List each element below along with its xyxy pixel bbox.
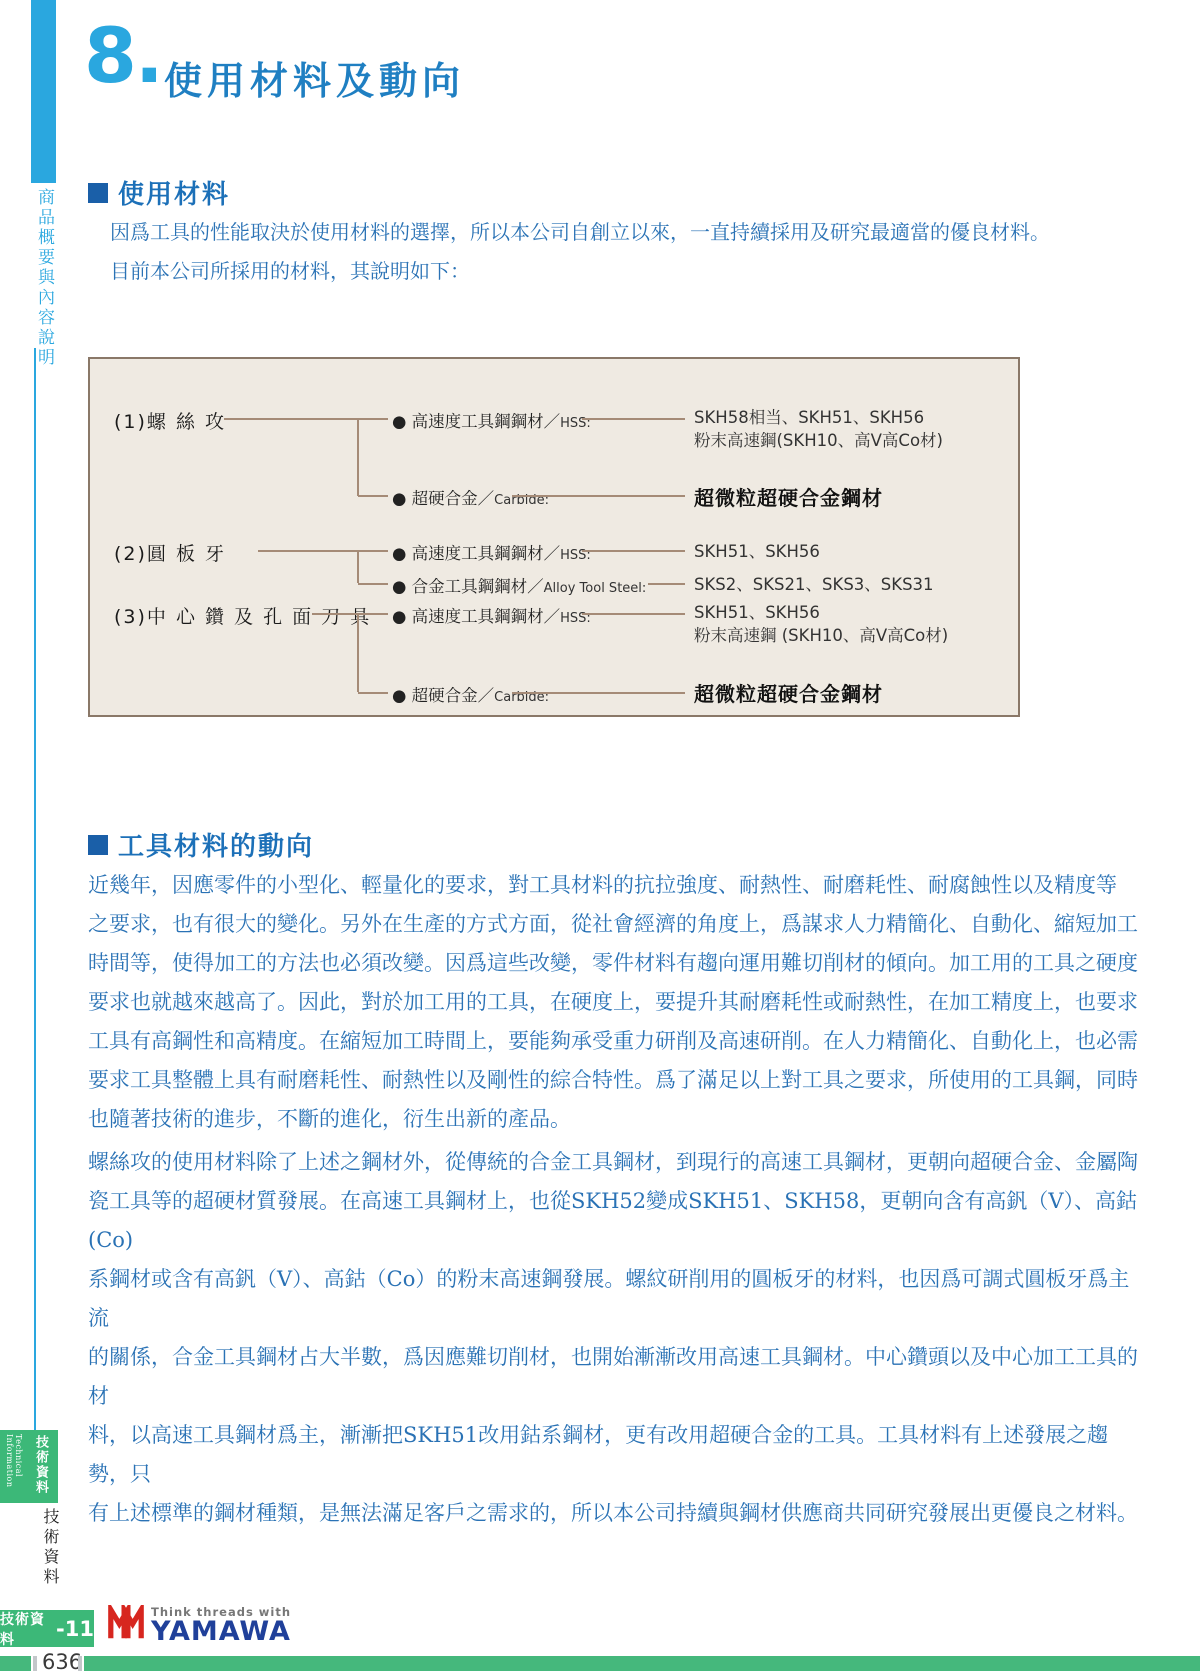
connector-line (512, 692, 685, 694)
paragraph-line: 也隨著技術的進步，不斷的進化，衍生出新的產品。 (88, 1100, 1143, 1139)
diagram-item-label: (1)螺 絲 攻 (114, 407, 226, 434)
diagram-category: ● 超硬合金／Carbide: (392, 682, 549, 706)
chapter-tab-label-cjk: 技術資料 (31, 1435, 50, 1495)
connector-line (358, 583, 388, 585)
diagram-value: SKH51、SKH56 (694, 540, 820, 563)
materials-heading-text: 使用材料 (118, 174, 230, 211)
diagram-value: SKH58相当、SKH51、SKH56 粉末高速鋼(SKH10、高V高Co材) (694, 406, 943, 452)
chapter-number: 8. (84, 18, 162, 94)
diagram-category: ● 合金工具鋼鋼材／Alloy Tool Steel: (392, 573, 646, 597)
sidebar-vertical-rule (34, 348, 36, 1430)
connector-line (512, 495, 685, 497)
diagram-value-bold: 超微粒超硬合金鋼材 (694, 678, 883, 707)
connector-line (358, 418, 388, 420)
paragraph-line: 瓷工具等的超硬材質發展。在高速工具鋼材上，也從SKH52變成SKH51、SKH5… (88, 1182, 1143, 1260)
connector-line (582, 550, 685, 552)
trend-paragraph-1: 近幾年，因應零件的小型化、輕量化的要求，對工具材料的抗拉強度、耐熱性、耐磨耗性、… (88, 866, 1143, 1139)
yamawa-logo: Think threads with YAMAWA (107, 1605, 291, 1645)
chapter-tab-label-en: Technical Information (5, 1434, 23, 1503)
materials-intro-paragraph: 因爲工具的性能取決於使用材料的選擇，所以本公司自創立以來，一直持續採用及研究最適… (110, 213, 1120, 291)
connector-line (648, 583, 685, 585)
diagram-value: SKH51、SKH56 粉末高速鋼 (SKH10、高V高Co材) (694, 601, 948, 647)
connector-line (358, 613, 388, 615)
paragraph-line: 系鋼材或含有高釩（V）、高鈷（Co）的粉末高速鋼發展。螺紋研削用的圓板牙的材料，… (88, 1260, 1143, 1338)
connector-line (582, 418, 685, 420)
materials-diagram: (1)螺 絲 攻 ● 高速度工具鋼鋼材／HSS: SKH58相当、SKH51、S… (88, 357, 1020, 717)
paragraph-line: 因爲工具的性能取決於使用材料的選擇，所以本公司自創立以來，一直持續採用及研究最適… (110, 213, 1120, 252)
bottom-bar-separator (78, 1656, 82, 1671)
yamawa-monogram-icon (107, 1605, 145, 1641)
connector-line (357, 418, 359, 496)
logo-name: YAMAWA (151, 1619, 291, 1645)
logo-text: Think threads with YAMAWA (151, 1605, 291, 1645)
bottom-bar-right-segment (84, 1656, 1200, 1671)
sidebar-chapter-tab: 技術資料 Technical Information (0, 1430, 58, 1503)
paragraph-line: 要求也就越來越高了。因此，對於加工用的工具，在硬度上，要提升其耐磨耗性或耐熱性，… (88, 983, 1143, 1022)
paragraph-line: 螺絲攻的使用材料除了上述之鋼材外，從傳統的合金工具鋼材，到現行的高速工具鋼材，更… (88, 1143, 1143, 1182)
badge-label: 技術資料 (0, 1609, 56, 1649)
badge-number: -11 (56, 1617, 94, 1641)
paragraph-line: 近幾年，因應零件的小型化、輕量化的要求，對工具材料的抗拉強度、耐熱性、耐磨耗性、… (88, 866, 1143, 905)
paragraph-line: 的關係，合金工具鋼材占大半數，爲因應難切削材，也開始漸漸改用高速工具鋼材。中心鑽… (88, 1338, 1143, 1416)
sidebar-section-label: 商品概要與內容說明 (31, 188, 56, 368)
connector-line (312, 613, 357, 615)
paragraph-line: 有上述標準的鋼材種類，是無法滿足客戶之需求的，所以本公司持續與鋼材供應商共同研究… (88, 1494, 1143, 1533)
diagram-category: ● 高速度工具鋼鋼材／HSS: (392, 408, 591, 432)
paragraph-line: 要求工具整體上具有耐磨耗性、耐熱性以及剛性的綜合特性。爲了滿足以上對工具之要求，… (88, 1061, 1143, 1100)
connector-line (258, 550, 357, 552)
connector-line (224, 418, 357, 420)
paragraph-line: 目前本公司所採用的材料，其說明如下： (110, 252, 1120, 291)
page-number: 636 (42, 1650, 82, 1674)
connector-line (357, 613, 359, 692)
diagram-item-label: (3)中 心 鑽 及 孔 面 刀 具 (114, 602, 371, 629)
connector-line (358, 550, 388, 552)
paragraph-line: 料，以高速工具鋼材爲主，漸漸把SKH51改用鈷系鋼材，更有改用超硬合金的工具。工… (88, 1416, 1143, 1494)
bottom-bar-separator (33, 1656, 37, 1671)
paragraph-line: 之要求，也有很大的變化。另外在生產的方式方面，從社會經濟的角度上，爲謀求人力精簡… (88, 905, 1143, 944)
paragraph-line: 時間等，使得加工的方法也必須改變。因爲這些改變，零件材料有趨向運用難切削材的傾向… (88, 944, 1143, 983)
paragraph-line: 工具有高鋼性和高精度。在縮短加工時間上，要能夠承受重力研削及高速研削。在人力精簡… (88, 1022, 1143, 1061)
connector-line (358, 495, 388, 497)
connector-line (358, 692, 388, 694)
connector-line (357, 550, 359, 583)
catalog-page: 商品概要與內容說明 技術資料 Technical Information 技術資… (0, 0, 1200, 1674)
diagram-category: ● 高速度工具鋼鋼材／HSS: (392, 540, 591, 564)
footer-page-badge: 技術資料-11 (0, 1610, 94, 1647)
diagram-value-bold: 超微粒超硬合金鋼材 (694, 482, 883, 511)
connector-line (582, 613, 685, 615)
diagram-item-label: (2)圓 板 牙 (114, 539, 226, 566)
trend-heading-text: 工具材料的動向 (118, 826, 314, 863)
diagram-category: ● 超硬合金／Carbide: (392, 485, 549, 509)
diagram-category: ● 高速度工具鋼鋼材／HSS: (392, 603, 591, 627)
trend-section-heading: 工具材料的動向 (88, 826, 314, 863)
sidebar-accent-bar (31, 0, 56, 183)
page-title: 使用材料及動向 (164, 50, 465, 105)
heading-square-bullet (88, 183, 108, 203)
materials-section-heading: 使用材料 (88, 174, 230, 211)
bottom-bar-left-segment (0, 1656, 31, 1671)
trend-paragraph-2: 螺絲攻的使用材料除了上述之鋼材外，從傳統的合金工具鋼材，到現行的高速工具鋼材，更… (88, 1143, 1143, 1533)
heading-square-bullet (88, 835, 108, 855)
sidebar-bottom-label: 技術資料 (39, 1508, 62, 1588)
diagram-value: SKS2、SKS21、SKS3、SKS31 (694, 573, 934, 596)
